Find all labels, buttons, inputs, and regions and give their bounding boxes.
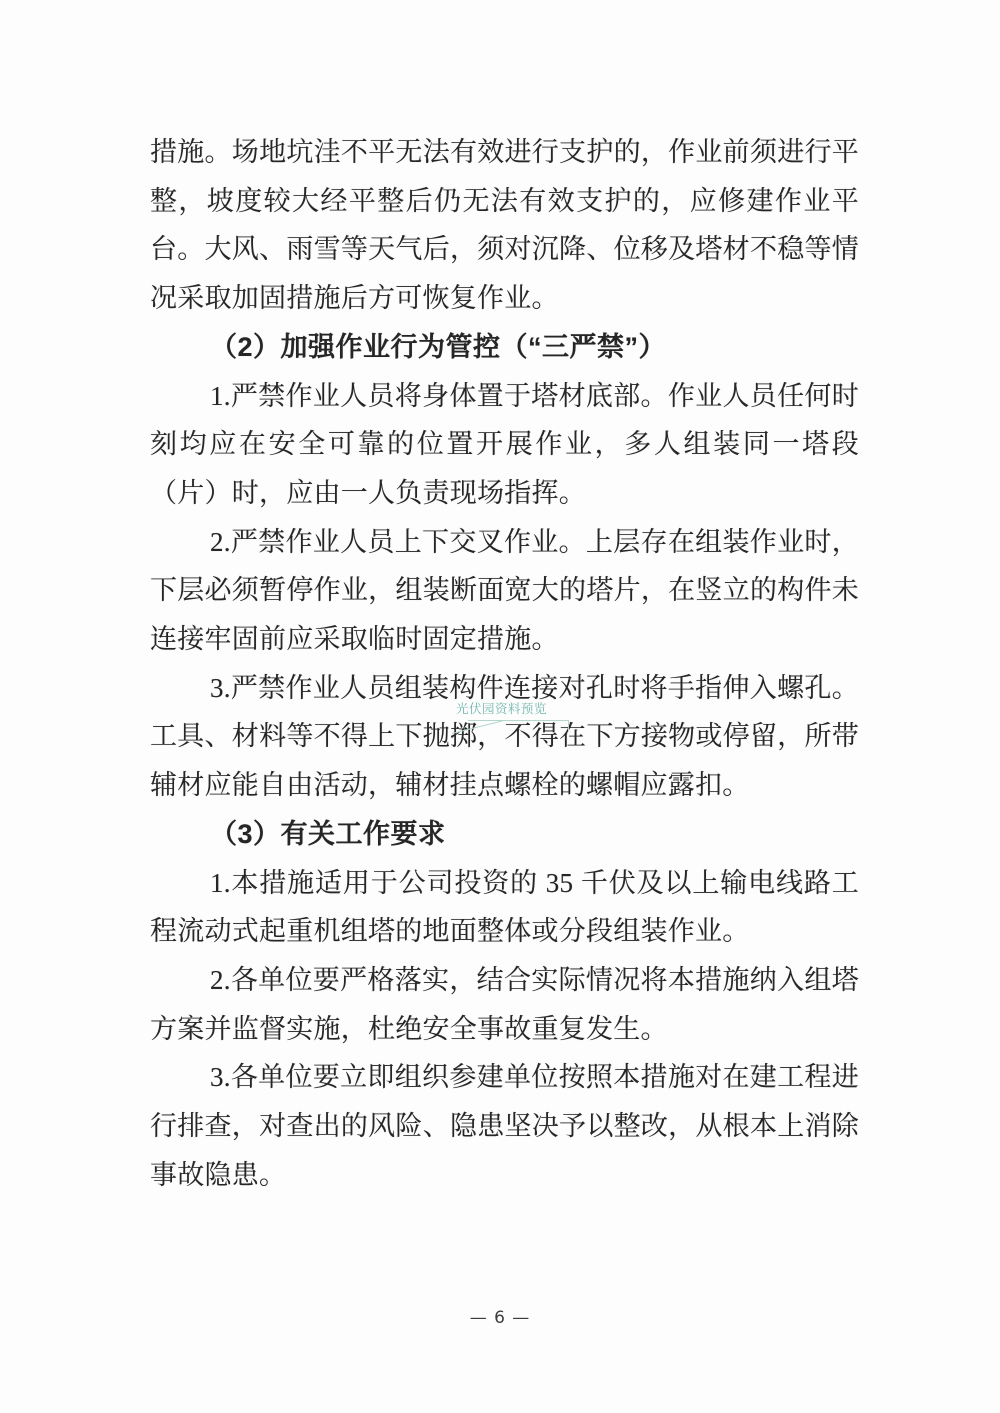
paragraph-requirement-1: 1.本措施适用于公司投资的 35 千伏及以上输电线路工程流动式起重机组塔的地面整… bbox=[150, 859, 859, 956]
paragraph-rule-1: 1.严禁作业人员将身体置于塔材底部。作业人员任何时刻均应在安全可靠的位置开展作业… bbox=[150, 372, 859, 518]
document-body: 措施。场地坑洼不平无法有效进行支护的，作业前须进行平整，坡度较大经平整后仍无法有… bbox=[150, 128, 859, 1199]
section-heading-3: （3）有关工作要求 bbox=[150, 810, 859, 859]
paragraph-rule-2: 2.严禁作业人员上下交叉作业。上层存在组装作业时，下层必须暂停作业，组装断面宽大… bbox=[150, 518, 859, 664]
section-heading-2: （2）加强作业行为管控（“三严禁”） bbox=[150, 323, 859, 372]
document-page: 措施。场地坑洼不平无法有效进行支护的，作业前须进行平整，坡度较大经平整后仍无法有… bbox=[0, 0, 1000, 1413]
paragraph-continuation: 措施。场地坑洼不平无法有效进行支护的，作业前须进行平整，坡度较大经平整后仍无法有… bbox=[150, 128, 859, 323]
paragraph-requirement-3: 3.各单位要立即组织参建单位按照本措施对在建工程进行排查，对查出的风险、隐患坚决… bbox=[150, 1053, 859, 1199]
paragraph-rule-3: 3.严禁作业人员组装构件连接对孔时将手指伸入螺孔。工具、材料等不得上下抛掷，不得… bbox=[150, 664, 859, 810]
page-number: — 6 — bbox=[0, 1308, 1000, 1328]
paragraph-requirement-2: 2.各单位要严格落实，结合实际情况将本措施纳入组塔方案并监督实施，杜绝安全事故重… bbox=[150, 956, 859, 1053]
